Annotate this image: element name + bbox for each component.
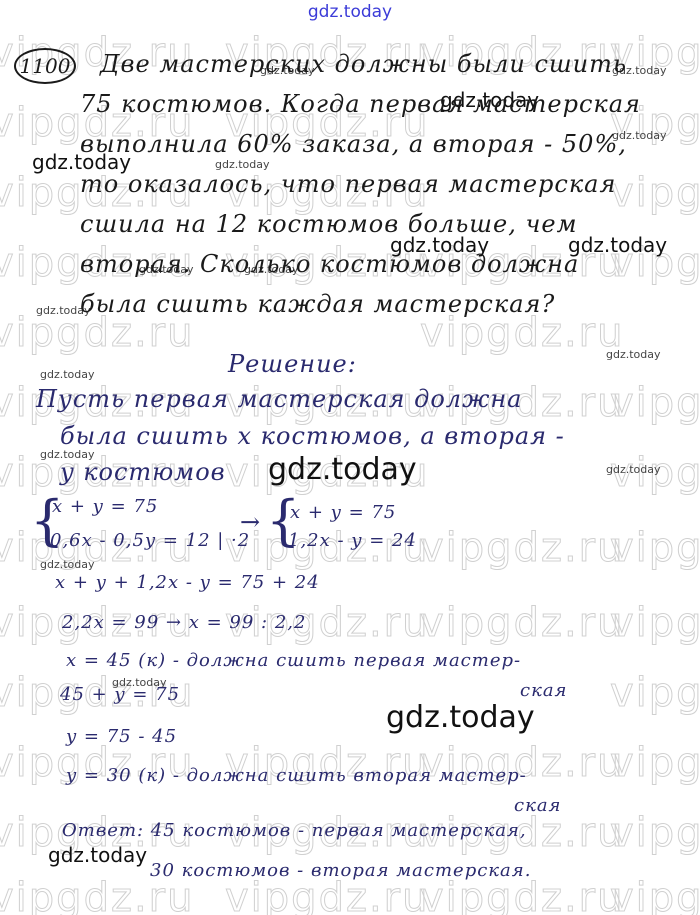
solution-step: x = 45 (к) - должна сшить первая мастер-	[66, 650, 521, 671]
system2-eq2: 1,2x - y = 24	[288, 530, 417, 551]
solution-step: x + y + 1,2x - y = 75 + 24	[55, 572, 320, 593]
problem-number: 1100	[14, 48, 76, 84]
problem-line: вторая. Сколько костюмов должна	[80, 250, 579, 278]
arrow-icon: →	[240, 508, 261, 536]
problem-line: Две мастерских должны были сшить	[100, 50, 627, 78]
watermark: vipgdz.ru	[610, 670, 700, 716]
watermark: vipgdz.ru	[610, 875, 700, 915]
system2-eq1: x + y = 75	[290, 502, 396, 523]
problem-line: 75 костюмов. Когда первая мастерская	[80, 90, 641, 118]
system1-eq2: 0,6x - 0,5y = 12 | ·2	[50, 530, 250, 551]
header-site-link[interactable]: gdz.today	[0, 2, 700, 22]
solution-intro-line: Пусть первая мастерская должна	[36, 385, 522, 413]
solution-intro-line: y костюмов	[60, 458, 226, 486]
watermark-tag: gdz.today	[386, 700, 535, 735]
answer-line: 30 костюмов - вторая мастерская.	[150, 860, 531, 881]
watermark: vipgdz.ru	[610, 600, 700, 646]
watermark: vipgdz.ru	[610, 380, 700, 426]
solution-step: 2,2x = 99 → x = 99 : 2,2	[62, 612, 306, 633]
watermark: vipgdz.ru	[420, 875, 624, 915]
problem-line: то оказалось, что первая мастерская	[80, 170, 616, 198]
watermark: vipgdz.ru	[610, 525, 700, 571]
watermark-tag: gdz.today	[48, 843, 147, 867]
watermark-tag: gdz.today	[40, 558, 95, 571]
watermark: vipgdz.ru	[610, 810, 700, 856]
problem-line: сшила на 12 костюмов больше, чем	[80, 210, 578, 238]
watermark: vipgdz.ru	[610, 740, 700, 786]
watermark: vipgdz.ru	[420, 600, 624, 646]
watermark: vipgdz.ru	[610, 170, 700, 216]
solution-heading: Решение:	[228, 350, 357, 378]
problem-line: была сшить каждая мастерская?	[80, 290, 555, 318]
problem-line: выполнила 60% заказа, а вторая - 50%,	[80, 130, 627, 158]
system1-eq1: x + y = 75	[52, 496, 158, 517]
solution-wrap: ская	[514, 795, 561, 816]
watermark-tag: gdz.today	[568, 233, 667, 257]
solution-intro-line: была сшить x костюмов, а вторая -	[60, 422, 565, 450]
watermark: vipgdz.ru	[0, 875, 194, 915]
watermark: vipgdz.ru	[225, 875, 429, 915]
watermark-tag: gdz.today	[268, 452, 417, 487]
solution-wrap: ская	[520, 680, 567, 701]
watermark-tag: gdz.today	[606, 463, 661, 476]
answer-line: Ответ: 45 костюмов - первая мастерская,	[62, 820, 527, 841]
watermark-tag: gdz.today	[40, 368, 95, 381]
watermark-tag: gdz.today	[606, 348, 661, 361]
solution-step: y = 30 (к) - должна сшить вторая мастер-	[66, 765, 527, 786]
solution-step: 45 + y = 75	[60, 684, 180, 705]
solution-step: y = 75 - 45	[66, 726, 177, 747]
watermark: vipgdz.ru	[420, 525, 624, 571]
